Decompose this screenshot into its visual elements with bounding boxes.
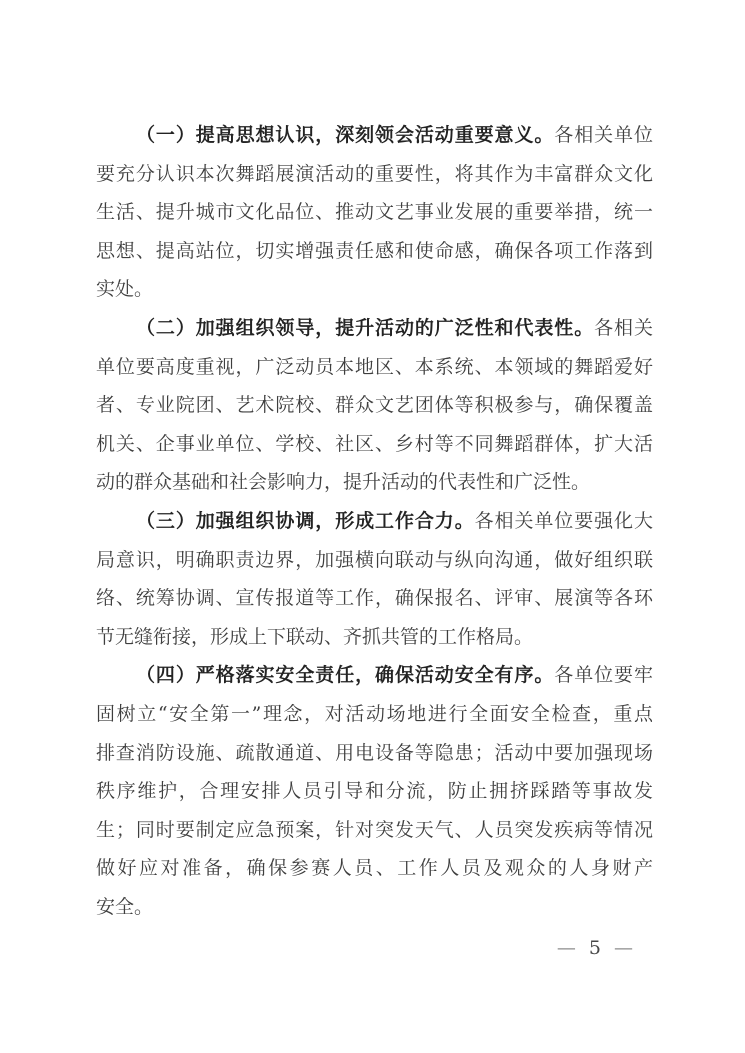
text-line: （二）加强组织领导，提升活动的广泛性和代表性。各相关	[96, 309, 653, 348]
text-line: 思想、提高站位，切实增强责任感和使命感，确保各项工作落到	[96, 232, 653, 271]
paragraph-heading: （四）严格落实安全责任，确保活动安全有序。	[136, 664, 554, 686]
page-number: —5—	[557, 933, 633, 963]
text-line: 排查消防设施、疏散通道、用电设备等隐患；活动中要加强现场	[96, 734, 653, 773]
text-line: （一）提高思想认识，深刻领会活动重要意义。各相关单位	[96, 116, 653, 155]
paragraph-heading: （一）提高思想认识，深刻领会活动重要意义。	[136, 124, 554, 146]
paragraph-text: 各相关单位	[554, 124, 653, 146]
text-line: 生；同时要制定应急预案，针对突发天气、人员突发疾病等情况	[96, 811, 653, 850]
text-line: 实处。	[96, 270, 653, 309]
text-line: 安全。	[96, 888, 653, 927]
text-line: 者、专业院团、艺术院校、群众文艺团体等积极参与，确保覆盖	[96, 386, 653, 425]
paragraph-text: 各单位要牢	[554, 664, 653, 686]
text-line: 络、统筹协调、宣传报道等工作，确保报名、评审、展演等各环	[96, 579, 653, 618]
text-line: 秩序维护，合理安排人员引导和分流，防止拥挤踩踏等事故发	[96, 772, 653, 811]
document-page: （一）提高思想认识，深刻领会活动重要意义。各相关单位 要充分认识本次舞蹈展演活动…	[0, 0, 745, 1053]
text-line: 局意识，明确职责边界，加强横向联动与纵向沟通，做好组织联	[96, 541, 653, 580]
paragraph-4: （四）严格落实安全责任，确保活动安全有序。各单位要牢 固树立“安全第一”理念，对…	[96, 656, 653, 926]
paragraph-text: 各相关	[594, 317, 653, 339]
page-number-value: 5	[589, 933, 601, 963]
paragraph-heading: （二）加强组织领导，提升活动的广泛性和代表性。	[136, 317, 594, 339]
page-number-right-dash: —	[614, 937, 633, 959]
text-line: 机关、企事业单位、学校、社区、乡村等不同舞蹈群体，扩大活	[96, 425, 653, 464]
text-line: 动的群众基础和社会影响力，提升活动的代表性和广泛性。	[96, 463, 653, 502]
text-line: 节无缝衔接，形成上下联动、齐抓共管的工作格局。	[96, 618, 653, 657]
paragraph-3: （三）加强组织协调，形成工作合力。各相关单位要强化大 局意识，明确职责边界，加强…	[96, 502, 653, 656]
paragraph-text: 各相关单位要强化大	[475, 510, 653, 532]
text-line: 要充分认识本次舞蹈展演活动的重要性，将其作为丰富群众文化	[96, 155, 653, 194]
paragraph-2: （二）加强组织领导，提升活动的广泛性和代表性。各相关 单位要高度重视，广泛动员本…	[96, 309, 653, 502]
text-line: （四）严格落实安全责任，确保活动安全有序。各单位要牢	[96, 656, 653, 695]
text-line: （三）加强组织协调，形成工作合力。各相关单位要强化大	[96, 502, 653, 541]
paragraph-1: （一）提高思想认识，深刻领会活动重要意义。各相关单位 要充分认识本次舞蹈展演活动…	[96, 116, 653, 309]
paragraph-heading: （三）加强组织协调，形成工作合力。	[136, 510, 475, 532]
document-body: （一）提高思想认识，深刻领会活动重要意义。各相关单位 要充分认识本次舞蹈展演活动…	[96, 116, 653, 926]
page-number-left-dash: —	[557, 937, 576, 959]
text-line: 做好应对准备，确保参赛人员、工作人员及观众的人身财产	[96, 849, 653, 888]
text-line: 单位要高度重视，广泛动员本地区、本系统、本领域的舞蹈爱好	[96, 348, 653, 387]
text-line: 生活、提升城市文化品位、推动文艺事业发展的重要举措，统一	[96, 193, 653, 232]
text-line: 固树立“安全第一”理念，对活动场地进行全面安全检查，重点	[96, 695, 653, 734]
